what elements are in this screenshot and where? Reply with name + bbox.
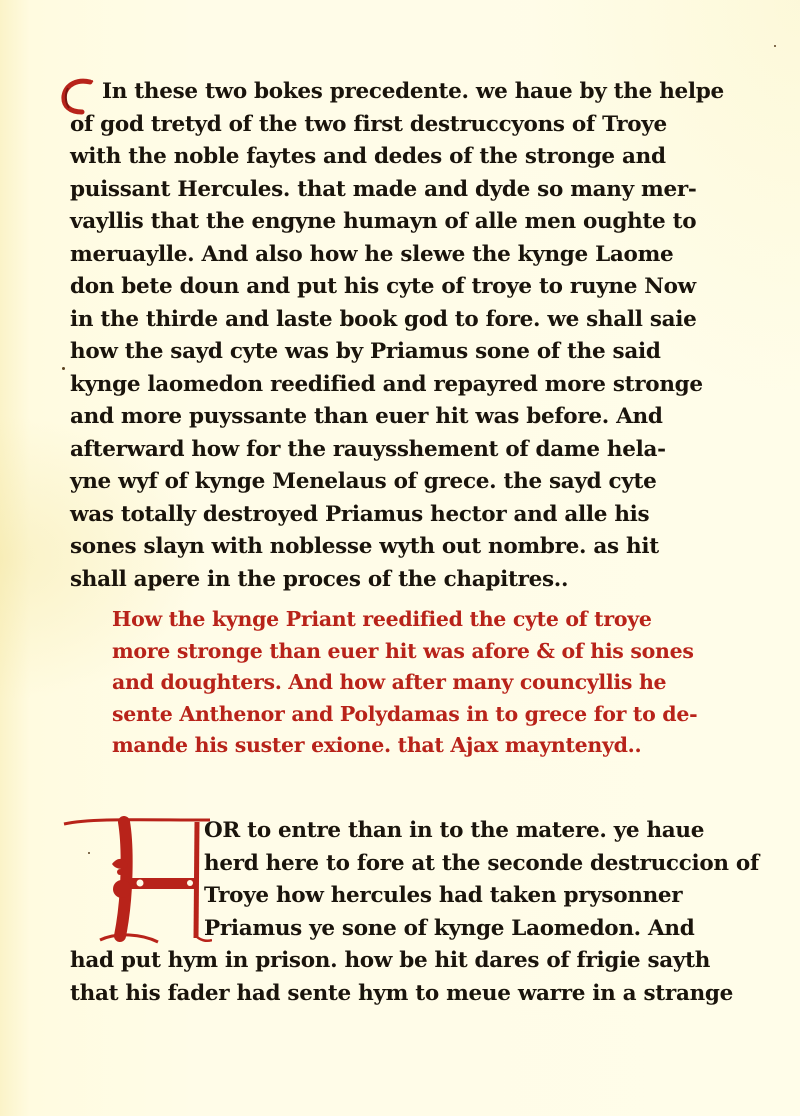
text-line: herd here to fore at the seconde destruc… xyxy=(70,848,750,881)
text-line: and more puyssante than euer hit was bef… xyxy=(70,401,750,434)
text-line: shall apere in the proces of the chapitr… xyxy=(70,564,750,597)
text-line: that his fader had sente hym to meue war… xyxy=(70,978,750,1011)
rubric-line: mande his suster exione. that Ajax maynt… xyxy=(112,730,752,762)
chapter-paragraph: OR to entre than in to the matere. ye ha… xyxy=(70,815,750,1010)
text-line: kynge laomedon reedified and repayred mo… xyxy=(70,369,750,402)
text-line: how the sayd cyte was by Priamus sone of… xyxy=(70,336,750,369)
text-line: meruaylle. And also how he slewe the kyn… xyxy=(70,239,750,272)
text-line: sones slayn with noblesse wyth out nombr… xyxy=(70,531,750,564)
rubric-line: sente Anthenor and Polydamas in to grece… xyxy=(112,699,752,731)
text-line: In these two bokes precedente. we haue b… xyxy=(70,76,750,109)
rubric-line: How the kynge Priant reedified the cyte … xyxy=(112,604,752,636)
prologue-paragraph: In these two bokes precedente. we haue b… xyxy=(70,76,750,596)
margin-dot xyxy=(62,367,65,370)
text-line: was totally destroyed Priamus hector and… xyxy=(70,499,750,532)
manuscript-page: In these two bokes precedente. we haue b… xyxy=(0,0,800,1116)
rubric-line: more stronge than euer hit was afore & o… xyxy=(112,636,752,668)
margin-dot xyxy=(88,852,90,854)
text-line: Priamus ye sone of kynge Laomedon. And xyxy=(70,913,750,946)
rubric-line: and doughters. And how after many councy… xyxy=(112,667,752,699)
text-line: vayllis that the engyne humayn of alle m… xyxy=(70,206,750,239)
chapter-rubric-heading: How the kynge Priant reedified the cyte … xyxy=(112,604,752,762)
text-line: don bete doun and put his cyte of troye … xyxy=(70,271,750,304)
text-line: puissant Hercules. that made and dyde so… xyxy=(70,174,750,207)
text-line: of god tretyd of the two first destruccy… xyxy=(70,109,750,142)
text-line: in the thirde and laste book god to fore… xyxy=(70,304,750,337)
margin-dot xyxy=(774,45,776,47)
text-line: afterward how for the rauysshement of da… xyxy=(70,434,750,467)
text-line: yne wyf of kynge Menelaus of grece. the … xyxy=(70,466,750,499)
text-line: OR to entre than in to the matere. ye ha… xyxy=(70,815,750,848)
text-line: with the noble faytes and dedes of the s… xyxy=(70,141,750,174)
text-line: had put hym in prison. how be hit dares … xyxy=(70,945,750,978)
text-line: Troye how hercules had taken prysonner xyxy=(70,880,750,913)
